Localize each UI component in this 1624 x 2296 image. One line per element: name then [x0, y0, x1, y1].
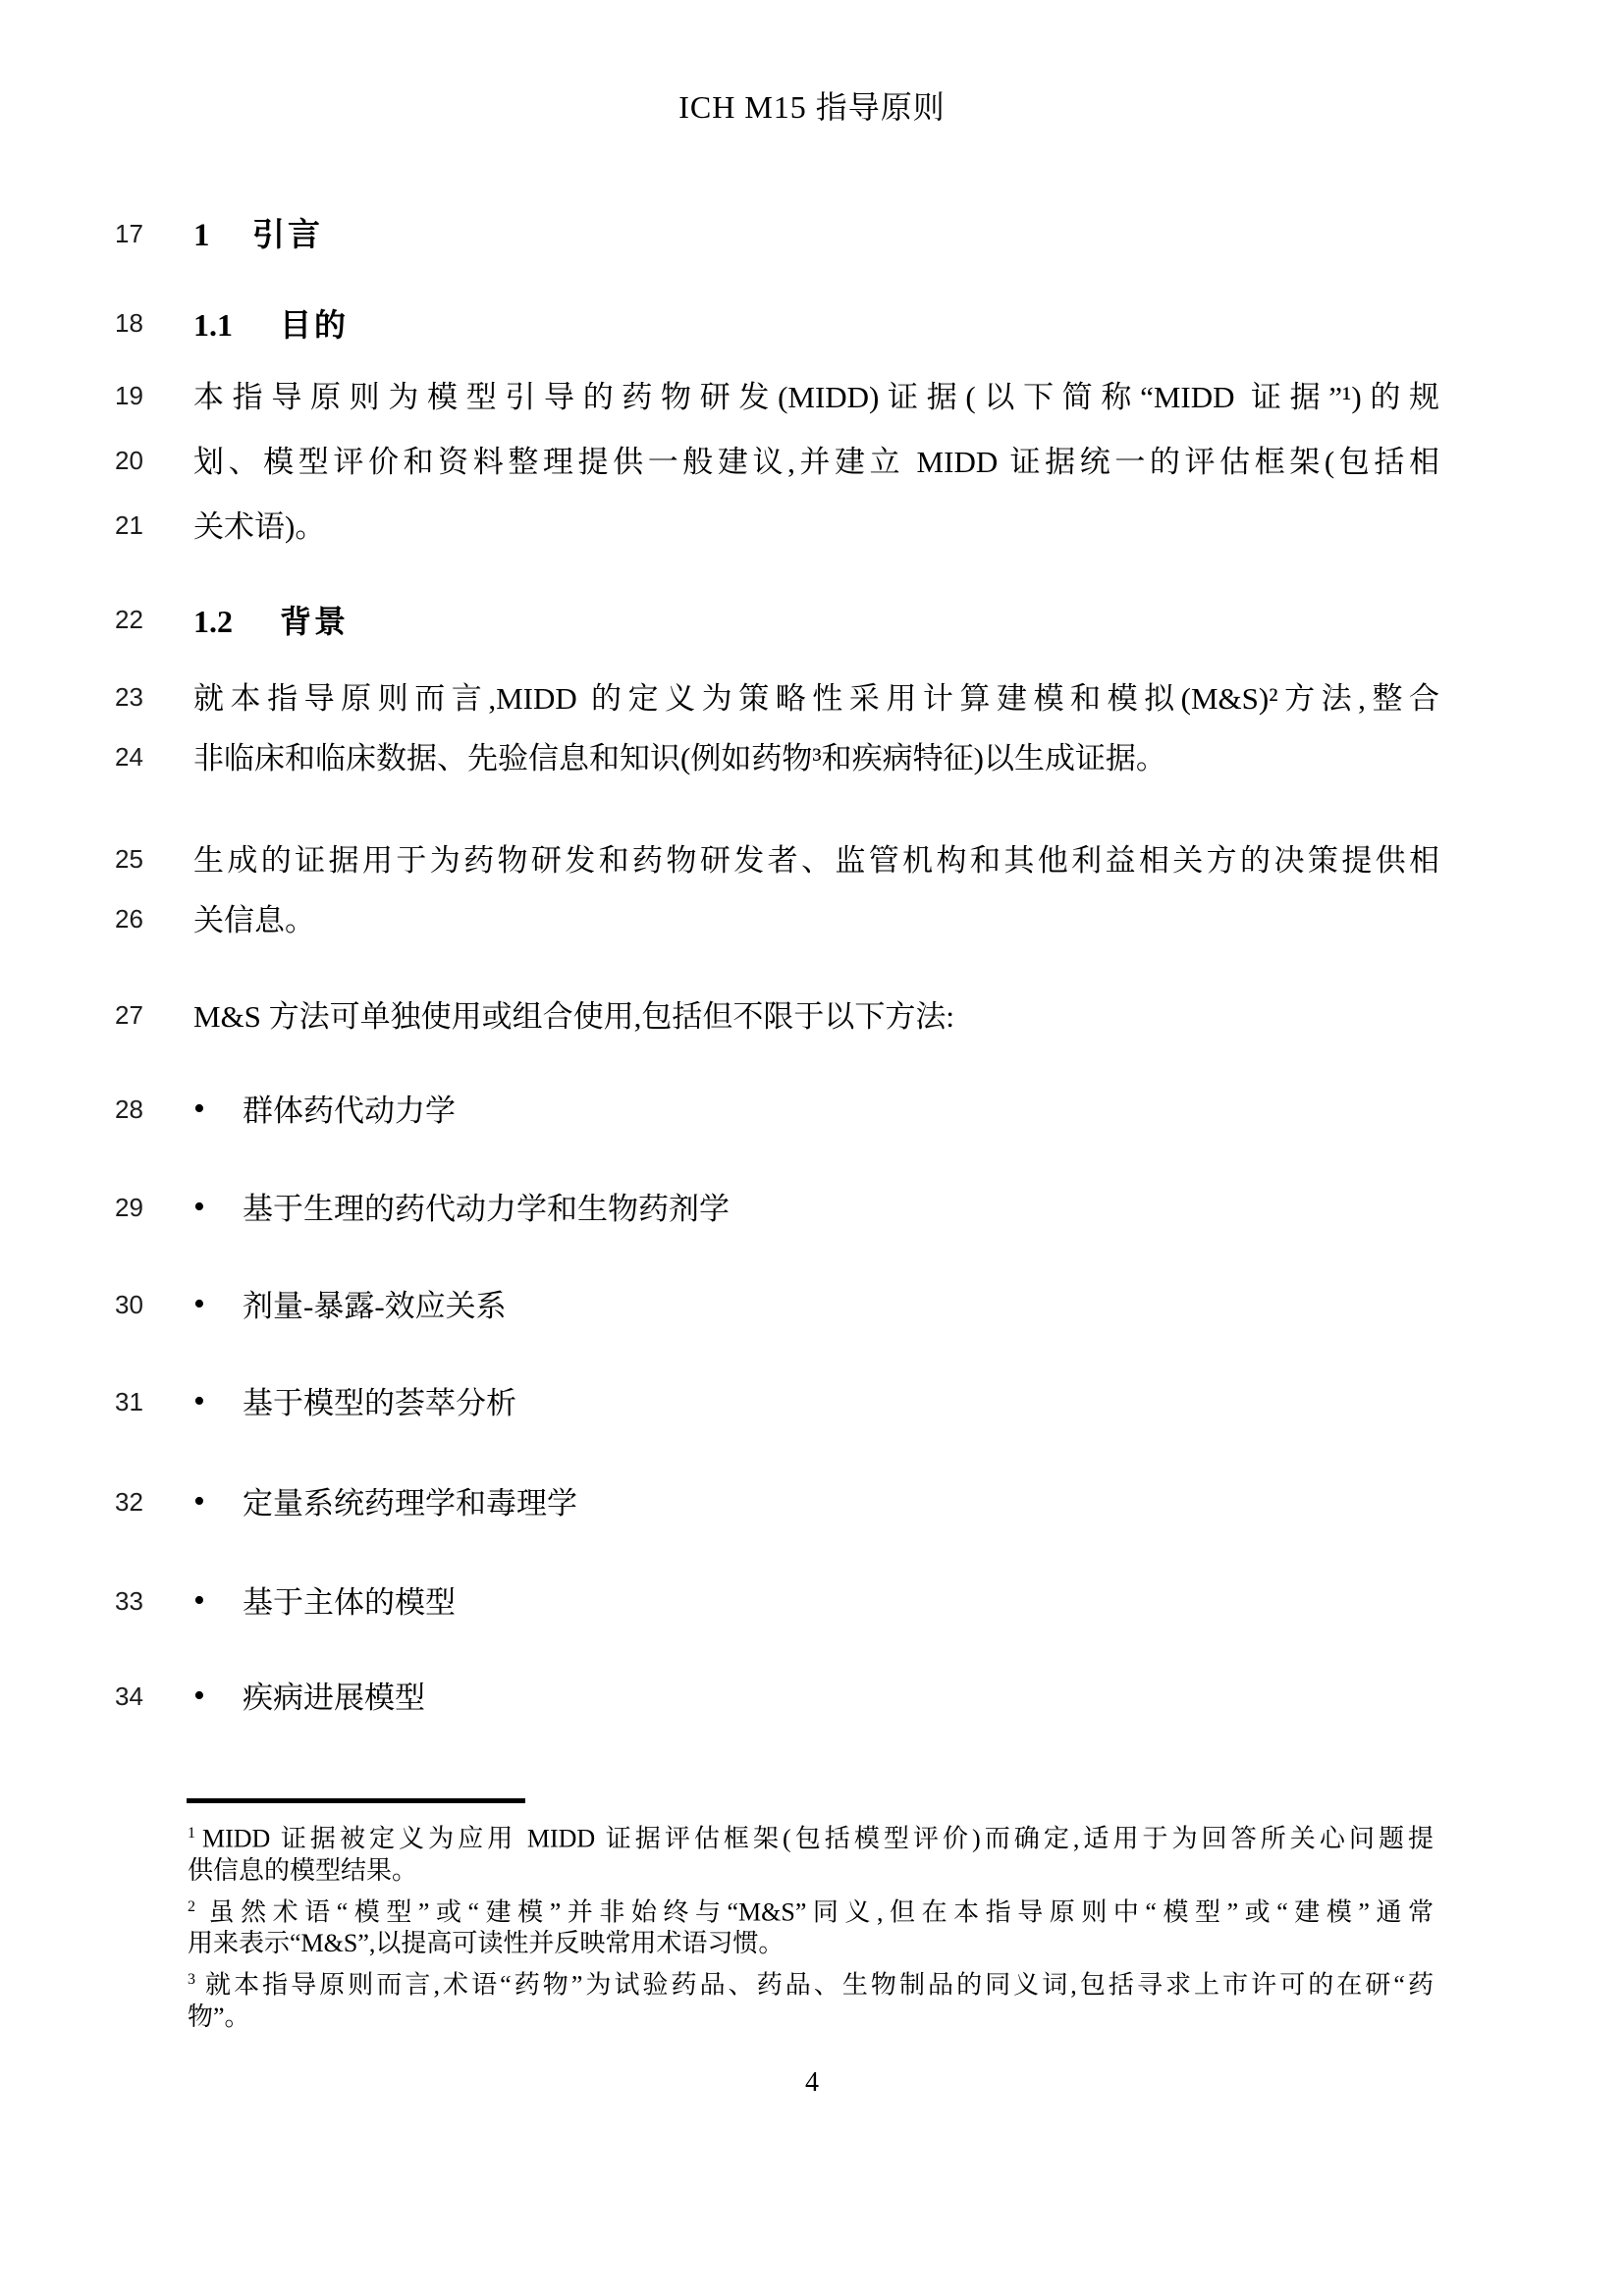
footnote-marker: 2: [188, 1898, 195, 1915]
bullet-icon: •: [193, 1285, 205, 1324]
paragraph-line: 关术语)。: [193, 507, 1439, 547]
line-row: 24 非临床和临床数据、先验信息和知识(例如药物³和疾病特征)以生成证据。: [0, 739, 1624, 782]
footnote-marker: 3: [188, 1971, 195, 1988]
line-number: 27: [115, 1000, 143, 1031]
document-page: ICH M15 指导原则 17 1引言 18 1.1目的 19 本指导原则为模型…: [0, 0, 1624, 2296]
line-number: 31: [115, 1387, 143, 1417]
bullet-icon: •: [193, 1090, 205, 1129]
line-row: 22 1.2背景: [0, 602, 1624, 645]
line-number: 24: [115, 742, 143, 773]
footnote: 1MIDD 证据被定义为应用 MIDD 证据评估框架(包括模型评价)而确定,适用…: [188, 1818, 1434, 1887]
section-number: 1.2: [193, 602, 280, 641]
bullet-text: 基于主体的模型: [243, 1583, 456, 1623]
line-number: 23: [115, 682, 143, 713]
line-number: 33: [115, 1586, 143, 1617]
bullet-icon: •: [193, 1482, 205, 1522]
line-row: 34 • 疾病进展模型: [0, 1679, 1624, 1722]
footnote-separator: [187, 1798, 525, 1803]
line-row: 18 1.1目的: [0, 305, 1624, 348]
footnote-text: MIDD 证据被定义为应用 MIDD 证据评估框架(包括模型评价)而确定,适用于…: [202, 1825, 1434, 1853]
line-number: 25: [115, 844, 143, 875]
line-row: 32 • 定量系统药理学和毒理学: [0, 1484, 1624, 1527]
footnote-line: 2虽然术语“模型”或“建模”并非始终与“M&S”同义,但在本指导原则中“模型”或…: [188, 1892, 1434, 1929]
line-row: 20 划、模型评价和资料整理提供一般建议,并建立 MIDD 证据统一的评估框架(…: [0, 443, 1624, 486]
bullet-icon: •: [193, 1382, 205, 1421]
heading-text: 背景: [280, 604, 349, 639]
footnote: 2虽然术语“模型”或“建模”并非始终与“M&S”同义,但在本指导原则中“模型”或…: [188, 1892, 1434, 1960]
line-row: 19 本指导原则为模型引导的药物研发(MIDD)证据(以下简称“MIDD 证据”…: [0, 378, 1624, 421]
line-row: 31 • 基于模型的荟萃分析: [0, 1384, 1624, 1427]
line-row: 26 关信息。: [0, 901, 1624, 944]
footnote: 3就本指导原则而言,术语“药物”为试验药品、药品、生物制品的同义词,包括寻求上市…: [188, 1964, 1434, 2033]
line-number: 22: [115, 605, 143, 635]
line-row: 30 • 剂量-暴露-效应关系: [0, 1287, 1624, 1330]
section-heading: 1引言: [193, 216, 323, 255]
bullet-text: 基于生理的药代动力学和生物药剂学: [243, 1190, 730, 1229]
line-number: 18: [115, 308, 143, 339]
line-number: 21: [115, 510, 143, 541]
footnote-text: 虽然术语“模型”或“建模”并非始终与“M&S”同义,但在本指导原则中“模型”或“…: [202, 1897, 1434, 1926]
subsection-heading: 1.2背景: [193, 602, 349, 641]
line-number: 19: [115, 381, 143, 411]
line-row: 27 M&S 方法可单独使用或组合使用,包括但不限于以下方法:: [0, 997, 1624, 1041]
footnote-line: 用来表示“M&S”,以提高可读性并反映常用术语习惯。: [188, 1928, 1434, 1959]
line-row: 23 就本指导原则而言,MIDD 的定义为策略性采用计算建模和模拟(M&S)²方…: [0, 679, 1624, 722]
line-row: 17 1引言: [0, 216, 1624, 259]
bullet-text: 剂量-暴露-效应关系: [243, 1287, 507, 1326]
footnote-marker: 1: [188, 1825, 195, 1842]
footnote-line: 3就本指导原则而言,术语“药物”为试验药品、药品、生物制品的同义词,包括寻求上市…: [188, 1964, 1434, 2002]
footnote-line: 1MIDD 证据被定义为应用 MIDD 证据评估框架(包括模型评价)而确定,适用…: [188, 1818, 1434, 1855]
bullet-text: 群体药代动力学: [243, 1092, 456, 1131]
footnote-line: 物”。: [188, 2002, 1434, 2033]
line-number: 30: [115, 1290, 143, 1320]
bullet-icon: •: [193, 1188, 205, 1227]
line-row: 21 关术语)。: [0, 507, 1624, 551]
line-row: 25 生成的证据用于为药物研发和药物研发者、监管机构和其他利益相关方的决策提供相: [0, 841, 1624, 884]
footnote-line: 供信息的模型结果。: [188, 1855, 1434, 1887]
paragraph-line: 关信息。: [193, 901, 1439, 940]
bullet-text: 基于模型的荟萃分析: [243, 1384, 516, 1423]
paragraph-line: M&S 方法可单独使用或组合使用,包括但不限于以下方法:: [193, 997, 1439, 1037]
line-number: 34: [115, 1682, 143, 1712]
line-row: 28 • 群体药代动力学: [0, 1092, 1624, 1135]
line-row: 29 • 基于生理的药代动力学和生物药剂学: [0, 1190, 1624, 1233]
heading-text: 目的: [280, 307, 349, 343]
paragraph-line: 本指导原则为模型引导的药物研发(MIDD)证据(以下简称“MIDD 证据”¹)的…: [193, 378, 1439, 417]
subsection-heading: 1.1目的: [193, 305, 349, 345]
bullet-text: 定量系统药理学和毒理学: [243, 1484, 577, 1523]
bullet-icon: •: [193, 1581, 205, 1621]
paragraph-line: 就本指导原则而言,MIDD 的定义为策略性采用计算建模和模拟(M&S)²方法,整…: [193, 679, 1439, 719]
line-number: 32: [115, 1487, 143, 1518]
paragraph-line: 非临床和临床数据、先验信息和知识(例如药物³和疾病特征)以生成证据。: [193, 739, 1439, 778]
line-number: 20: [115, 446, 143, 476]
bullet-text: 疾病进展模型: [243, 1679, 425, 1718]
line-number: 17: [115, 219, 143, 249]
line-number: 26: [115, 904, 143, 934]
page-header: ICH M15 指导原则: [0, 82, 1624, 128]
section-number: 1: [193, 216, 252, 255]
line-row: 33 • 基于主体的模型: [0, 1583, 1624, 1627]
footnotes-section: 1MIDD 证据被定义为应用 MIDD 证据评估框架(包括模型评价)而确定,适用…: [188, 1818, 1434, 2038]
section-number: 1.1: [193, 305, 280, 345]
heading-text: 引言: [252, 218, 323, 253]
paragraph-line: 生成的证据用于为药物研发和药物研发者、监管机构和其他利益相关方的决策提供相: [193, 841, 1439, 881]
line-number: 28: [115, 1095, 143, 1125]
bullet-icon: •: [193, 1677, 205, 1716]
line-number: 29: [115, 1193, 143, 1223]
page-number: 4: [0, 2067, 1624, 2099]
footnote-text: 就本指导原则而言,术语“药物”为试验药品、药品、生物制品的同义词,包括寻求上市许…: [202, 1971, 1434, 2000]
paragraph-line: 划、模型评价和资料整理提供一般建议,并建立 MIDD 证据统一的评估框架(包括相: [193, 443, 1439, 482]
